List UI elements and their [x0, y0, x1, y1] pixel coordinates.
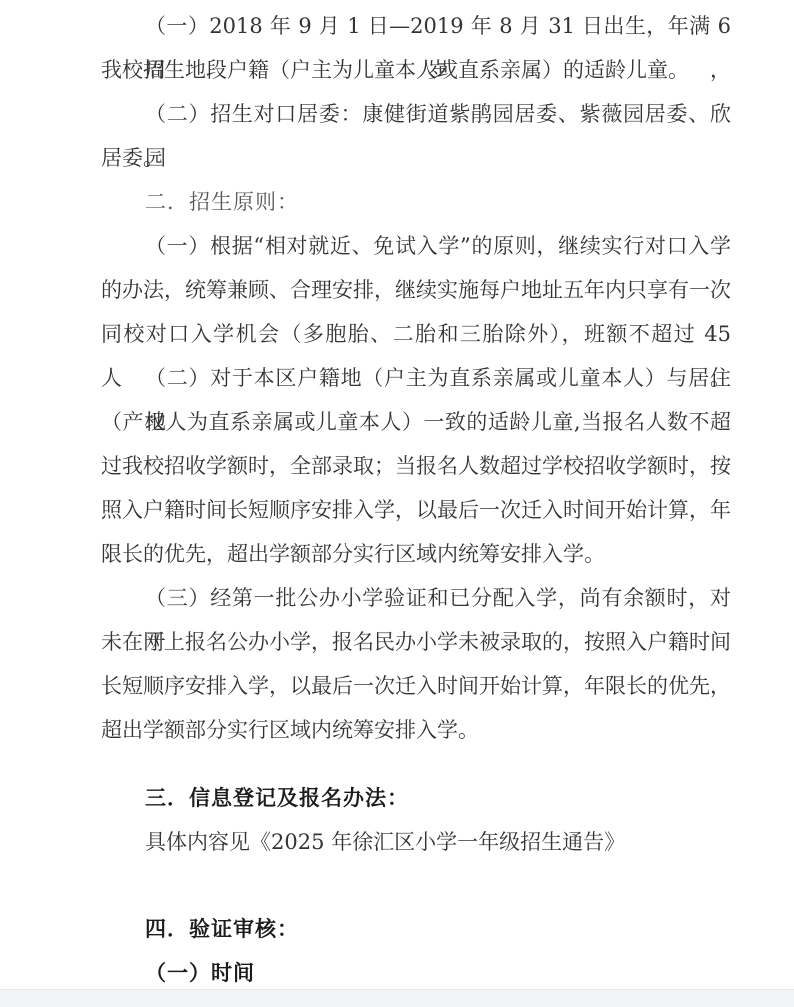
document-body: （一）2018 年 9 月 1 日—2019 年 8 月 31 日出生，年满 6…	[101, 4, 731, 995]
text-line: 我校招生地段户籍（户主为儿童本人或直系亲属）的适龄儿童。	[101, 48, 731, 92]
text-line: 长短顺序安排入学，以最后一次迁入时间开始计算，年限长的优先，	[101, 664, 731, 708]
text-line: 未在网上报名公办小学，报名民办小学未被录取的，按照入户籍时间	[101, 620, 731, 664]
document-page: （一）2018 年 9 月 1 日—2019 年 8 月 31 日出生，年满 6…	[0, 0, 794, 1007]
text-line: （一）根据“相对就近、免试入学”的原则，继续实行对口入学	[101, 224, 731, 268]
section-heading: 三．信息登记及报名办法：	[101, 776, 731, 820]
text-line: 的办法，统筹兼顾、合理安排，继续实施每户地址五年内只享有一次	[101, 268, 731, 312]
text-line: 居委。	[101, 136, 731, 180]
page-bottom-gap	[0, 989, 794, 1007]
section-heading: 四．验证审核：	[101, 907, 731, 951]
text-line: 超出学额部分实行区域内统筹安排入学。	[101, 708, 731, 752]
text-line: 同校对口入学机会（多胞胎、二胎和三胎除外），班额不超过 45 人。	[101, 312, 731, 356]
text-line: 照入户籍时间长短顺序安排入学，以最后一次迁入时间开始计算，年	[101, 488, 731, 532]
text-line: （二）对于本区户籍地（户主为直系亲属或儿童本人）与居住地	[101, 356, 731, 400]
text-line: 过我校招收学额时，全部录取；当报名人数超过学校招收学额时，按	[101, 444, 731, 488]
text-line: 限长的优先，超出学额部分实行区域内统筹安排入学。	[101, 532, 731, 576]
text-line: （一）2018 年 9 月 1 日—2019 年 8 月 31 日出生，年满 6…	[101, 4, 731, 48]
text-line: （产权人为直系亲属或儿童本人）一致的适龄儿童,当报名人数不超	[101, 400, 731, 444]
section-heading: 二．招生原则：	[101, 180, 731, 224]
text-line: （三）经第一批公办小学验证和已分配入学，尚有余额时，对于	[101, 576, 731, 620]
text-line: 具体内容见《2025 年徐汇区小学一年级招生通告》	[101, 820, 731, 864]
text-line: （二）招生对口居委：康健街道紫鹃园居委、紫薇园居委、欣园	[101, 92, 731, 136]
